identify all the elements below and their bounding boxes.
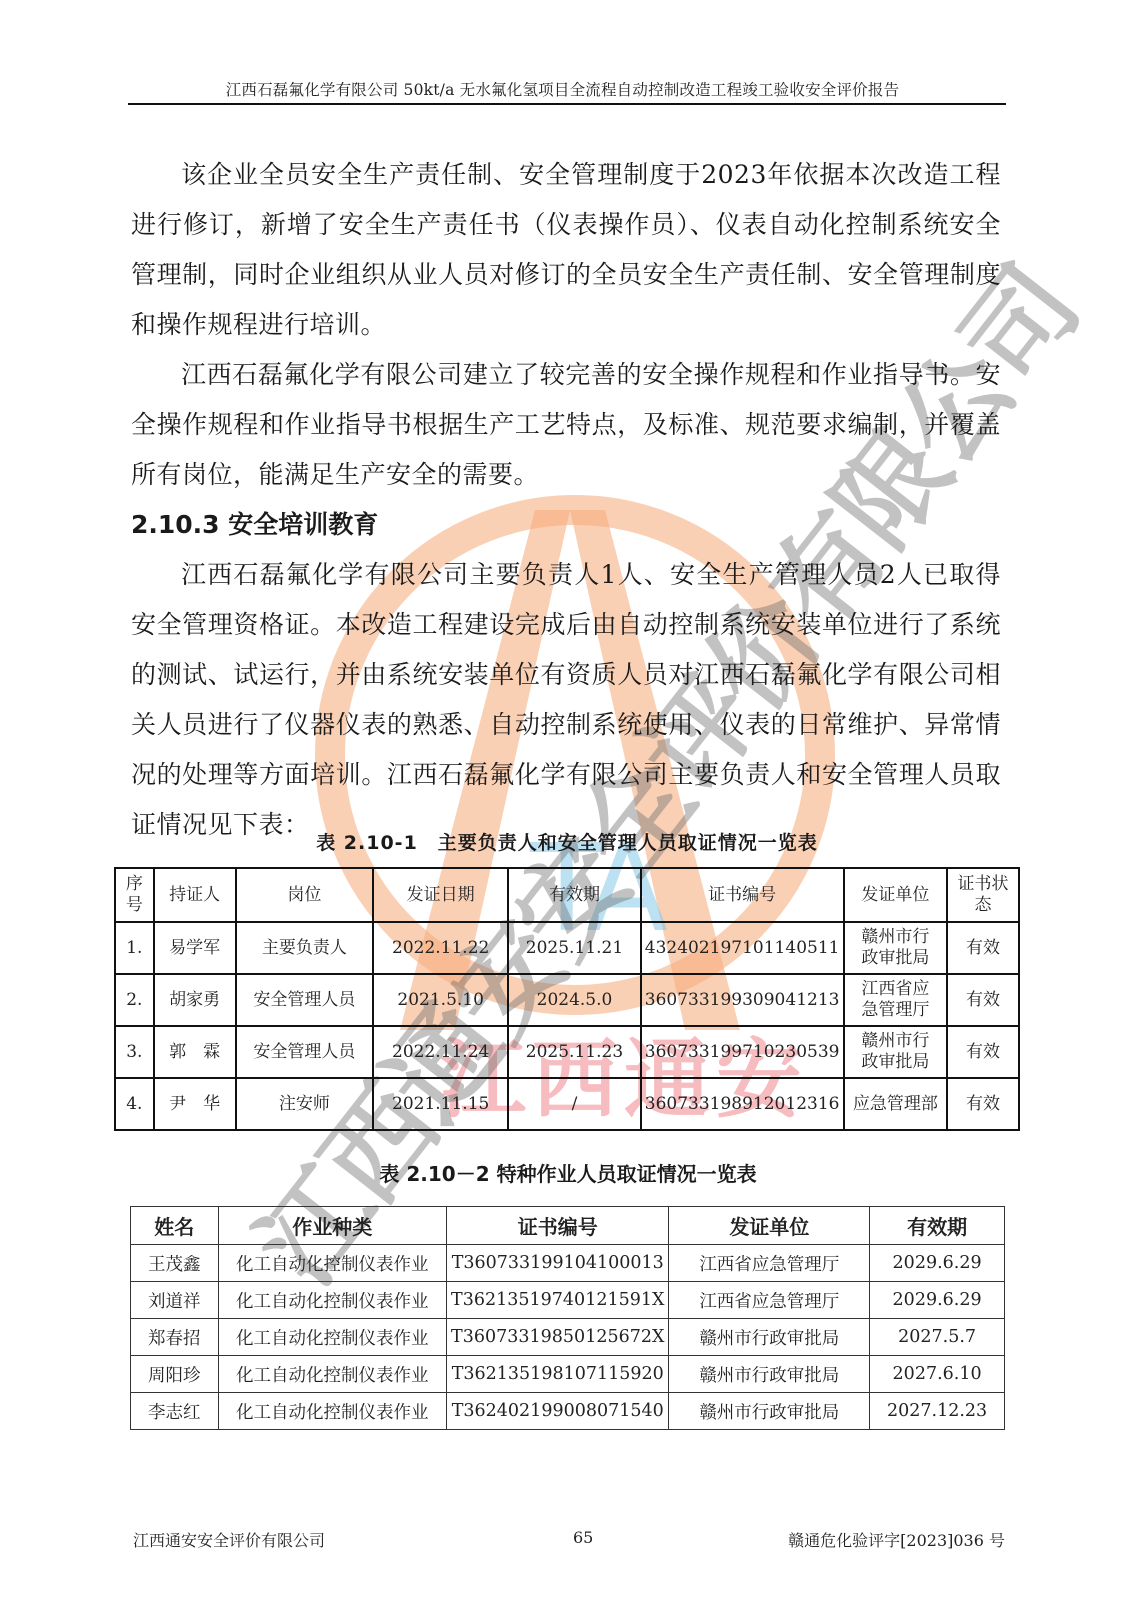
table-header-row: 序号 持证人 岗位 发证日期 有效期 证书编号 发证单位 证书状态 bbox=[115, 868, 1019, 922]
column-header: 序号 bbox=[115, 868, 154, 922]
column-header: 有效期 bbox=[508, 868, 640, 922]
cell-expiry: 2025.11.21 bbox=[508, 922, 640, 974]
cell-expiry: / bbox=[508, 1078, 640, 1130]
column-header: 发证单位 bbox=[669, 1207, 870, 1245]
cell-issuer: 赣州市行政审批局 bbox=[669, 1319, 870, 1356]
cell-expiry: 2027.6.10 bbox=[870, 1356, 1005, 1393]
cell-operation-type: 化工自动化控制仪表作业 bbox=[218, 1356, 447, 1393]
table-row: 2. 胡家勇 安全管理人员 2021.5.10 2024.5.0 3607331… bbox=[115, 974, 1019, 1026]
cell-name: 王茂鑫 bbox=[131, 1245, 219, 1282]
cell-status: 有效 bbox=[947, 922, 1019, 974]
cell-position: 安全管理人员 bbox=[236, 974, 373, 1026]
cell-index: 4. bbox=[115, 1078, 154, 1130]
column-header: 证书编号 bbox=[447, 1207, 669, 1245]
cell-index: 1. bbox=[115, 922, 154, 974]
cell-operation-type: 化工自动化控制仪表作业 bbox=[218, 1319, 447, 1356]
column-header: 持证人 bbox=[154, 868, 236, 922]
table-row: 4. 尹 华 注安师 2021.11.15 / 3607331989120123… bbox=[115, 1078, 1019, 1130]
table-row: 王茂鑫 化工自动化控制仪表作业 T360733199104100013 江西省应… bbox=[131, 1245, 1005, 1282]
cell-cert-number: T360733199104100013 bbox=[447, 1245, 669, 1282]
cell-issuer: 应急管理部 bbox=[844, 1078, 948, 1130]
cell-position: 注安师 bbox=[236, 1078, 373, 1130]
cell-name: 周阳珍 bbox=[131, 1356, 219, 1393]
cell-status: 有效 bbox=[947, 974, 1019, 1026]
cell-expiry: 2027.12.23 bbox=[870, 1393, 1005, 1430]
column-header: 证书编号 bbox=[641, 868, 844, 922]
table2-caption: 表 2.10－2 特种作业人员取证情况一览表 bbox=[128, 1158, 1008, 1187]
cell-operation-type: 化工自动化控制仪表作业 bbox=[218, 1393, 447, 1430]
cell-issuer: 赣州市行政审批局 bbox=[669, 1356, 870, 1393]
paragraph: 江西石磊氟化学有限公司建立了较完善的安全操作规程和作业指导书。安全操作规程和作业… bbox=[131, 350, 1001, 500]
column-header: 证书状态 bbox=[947, 868, 1019, 922]
column-header: 作业种类 bbox=[218, 1207, 447, 1245]
cell-cert-number: 432402197101140511 bbox=[641, 922, 844, 974]
page-header-title: 江西石磊氟化学有限公司 50kt/a 无水氟化氢项目全流程自动控制改造工程竣工验… bbox=[120, 78, 1005, 100]
cell-issuer: 赣州市行政审批局 bbox=[669, 1393, 870, 1430]
cell-holder: 郭 霖 bbox=[154, 1026, 236, 1078]
paragraph: 该企业全员安全生产责任制、安全管理制度于2023年依据本次改造工程进行修订，新增… bbox=[131, 150, 1001, 350]
cell-issue-date: 2022.11.22 bbox=[373, 922, 508, 974]
cell-expiry: 2025.11.23 bbox=[508, 1026, 640, 1078]
column-header: 岗位 bbox=[236, 868, 373, 922]
cell-issuer: 江西省应急管理厅 bbox=[844, 974, 948, 1026]
cell-issuer: 赣州市行政审批局 bbox=[844, 922, 948, 974]
cell-holder: 尹 华 bbox=[154, 1078, 236, 1130]
cell-expiry: 2024.5.0 bbox=[508, 974, 640, 1026]
cell-position: 安全管理人员 bbox=[236, 1026, 373, 1078]
cell-issuer: 江西省应急管理厅 bbox=[669, 1245, 870, 1282]
cell-index: 3. bbox=[115, 1026, 154, 1078]
cell-status: 有效 bbox=[947, 1078, 1019, 1130]
table1-caption: 表 2.10-1 主要负责人和安全管理人员取证情况一览表 bbox=[114, 828, 1020, 855]
cell-status: 有效 bbox=[947, 1026, 1019, 1078]
cell-cert-number: 360733199710230539 bbox=[641, 1026, 844, 1078]
table-row: 刘道祥 化工自动化控制仪表作业 T36213519740121591X 江西省应… bbox=[131, 1282, 1005, 1319]
header-divider bbox=[128, 103, 1006, 105]
cell-issue-date: 2021.11.15 bbox=[373, 1078, 508, 1130]
cell-operation-type: 化工自动化控制仪表作业 bbox=[218, 1245, 447, 1282]
table-row: 周阳珍 化工自动化控制仪表作业 T362135198107115920 赣州市行… bbox=[131, 1356, 1005, 1393]
table-header-row: 姓名 作业种类 证书编号 发证单位 有效期 bbox=[131, 1207, 1005, 1245]
paragraph: 江西石磊氟化学有限公司主要负责人1人、安全生产管理人员2人已取得安全管理资格证。… bbox=[131, 550, 1001, 850]
cell-operation-type: 化工自动化控制仪表作业 bbox=[218, 1282, 447, 1319]
column-header: 发证单位 bbox=[844, 868, 948, 922]
table-row: 1. 易学军 主要负责人 2022.11.22 2025.11.21 43240… bbox=[115, 922, 1019, 974]
column-header: 发证日期 bbox=[373, 868, 508, 922]
cell-expiry: 2029.6.29 bbox=[870, 1282, 1005, 1319]
cell-issue-date: 2021.5.10 bbox=[373, 974, 508, 1026]
cell-issuer: 江西省应急管理厅 bbox=[669, 1282, 870, 1319]
cell-cert-number: T362135198107115920 bbox=[447, 1356, 669, 1393]
cell-issuer: 赣州市行政审批局 bbox=[844, 1026, 948, 1078]
cell-name: 李志红 bbox=[131, 1393, 219, 1430]
table-row: 郑春招 化工自动化控制仪表作业 T36073319850125672X 赣州市行… bbox=[131, 1319, 1005, 1356]
cell-cert-number: 360733198912012316 bbox=[641, 1078, 844, 1130]
column-header: 姓名 bbox=[131, 1207, 219, 1245]
footer-company: 江西通安安全评价有限公司 bbox=[133, 1528, 325, 1551]
document-body: 该企业全员安全生产责任制、安全管理制度于2023年依据本次改造工程进行修订，新增… bbox=[131, 150, 1001, 850]
section-heading: 2.10.3 安全培训教育 bbox=[131, 500, 1001, 550]
cell-cert-number: T36073319850125672X bbox=[447, 1319, 669, 1356]
cell-issue-date: 2022.11.24 bbox=[373, 1026, 508, 1078]
table-special-operators: 姓名 作业种类 证书编号 发证单位 有效期 王茂鑫 化工自动化控制仪表作业 T3… bbox=[130, 1206, 1005, 1430]
cell-position: 主要负责人 bbox=[236, 922, 373, 974]
table-certified-managers: 序号 持证人 岗位 发证日期 有效期 证书编号 发证单位 证书状态 1. 易学军… bbox=[114, 867, 1020, 1131]
cell-cert-number: T362402199008071540 bbox=[447, 1393, 669, 1430]
footer-doc-number: 赣通危化验评字[2023]036 号 bbox=[788, 1528, 1005, 1551]
cell-cert-number: T36213519740121591X bbox=[447, 1282, 669, 1319]
cell-cert-number: 360733199309041213 bbox=[641, 974, 844, 1026]
column-header: 有效期 bbox=[870, 1207, 1005, 1245]
cell-holder: 易学军 bbox=[154, 922, 236, 974]
cell-expiry: 2029.6.29 bbox=[870, 1245, 1005, 1282]
footer-page-number: 65 bbox=[573, 1528, 593, 1547]
cell-name: 郑春招 bbox=[131, 1319, 219, 1356]
cell-holder: 胡家勇 bbox=[154, 974, 236, 1026]
cell-index: 2. bbox=[115, 974, 154, 1026]
table-row: 李志红 化工自动化控制仪表作业 T362402199008071540 赣州市行… bbox=[131, 1393, 1005, 1430]
table-row: 3. 郭 霖 安全管理人员 2022.11.24 2025.11.23 3607… bbox=[115, 1026, 1019, 1078]
cell-expiry: 2027.5.7 bbox=[870, 1319, 1005, 1356]
cell-name: 刘道祥 bbox=[131, 1282, 219, 1319]
